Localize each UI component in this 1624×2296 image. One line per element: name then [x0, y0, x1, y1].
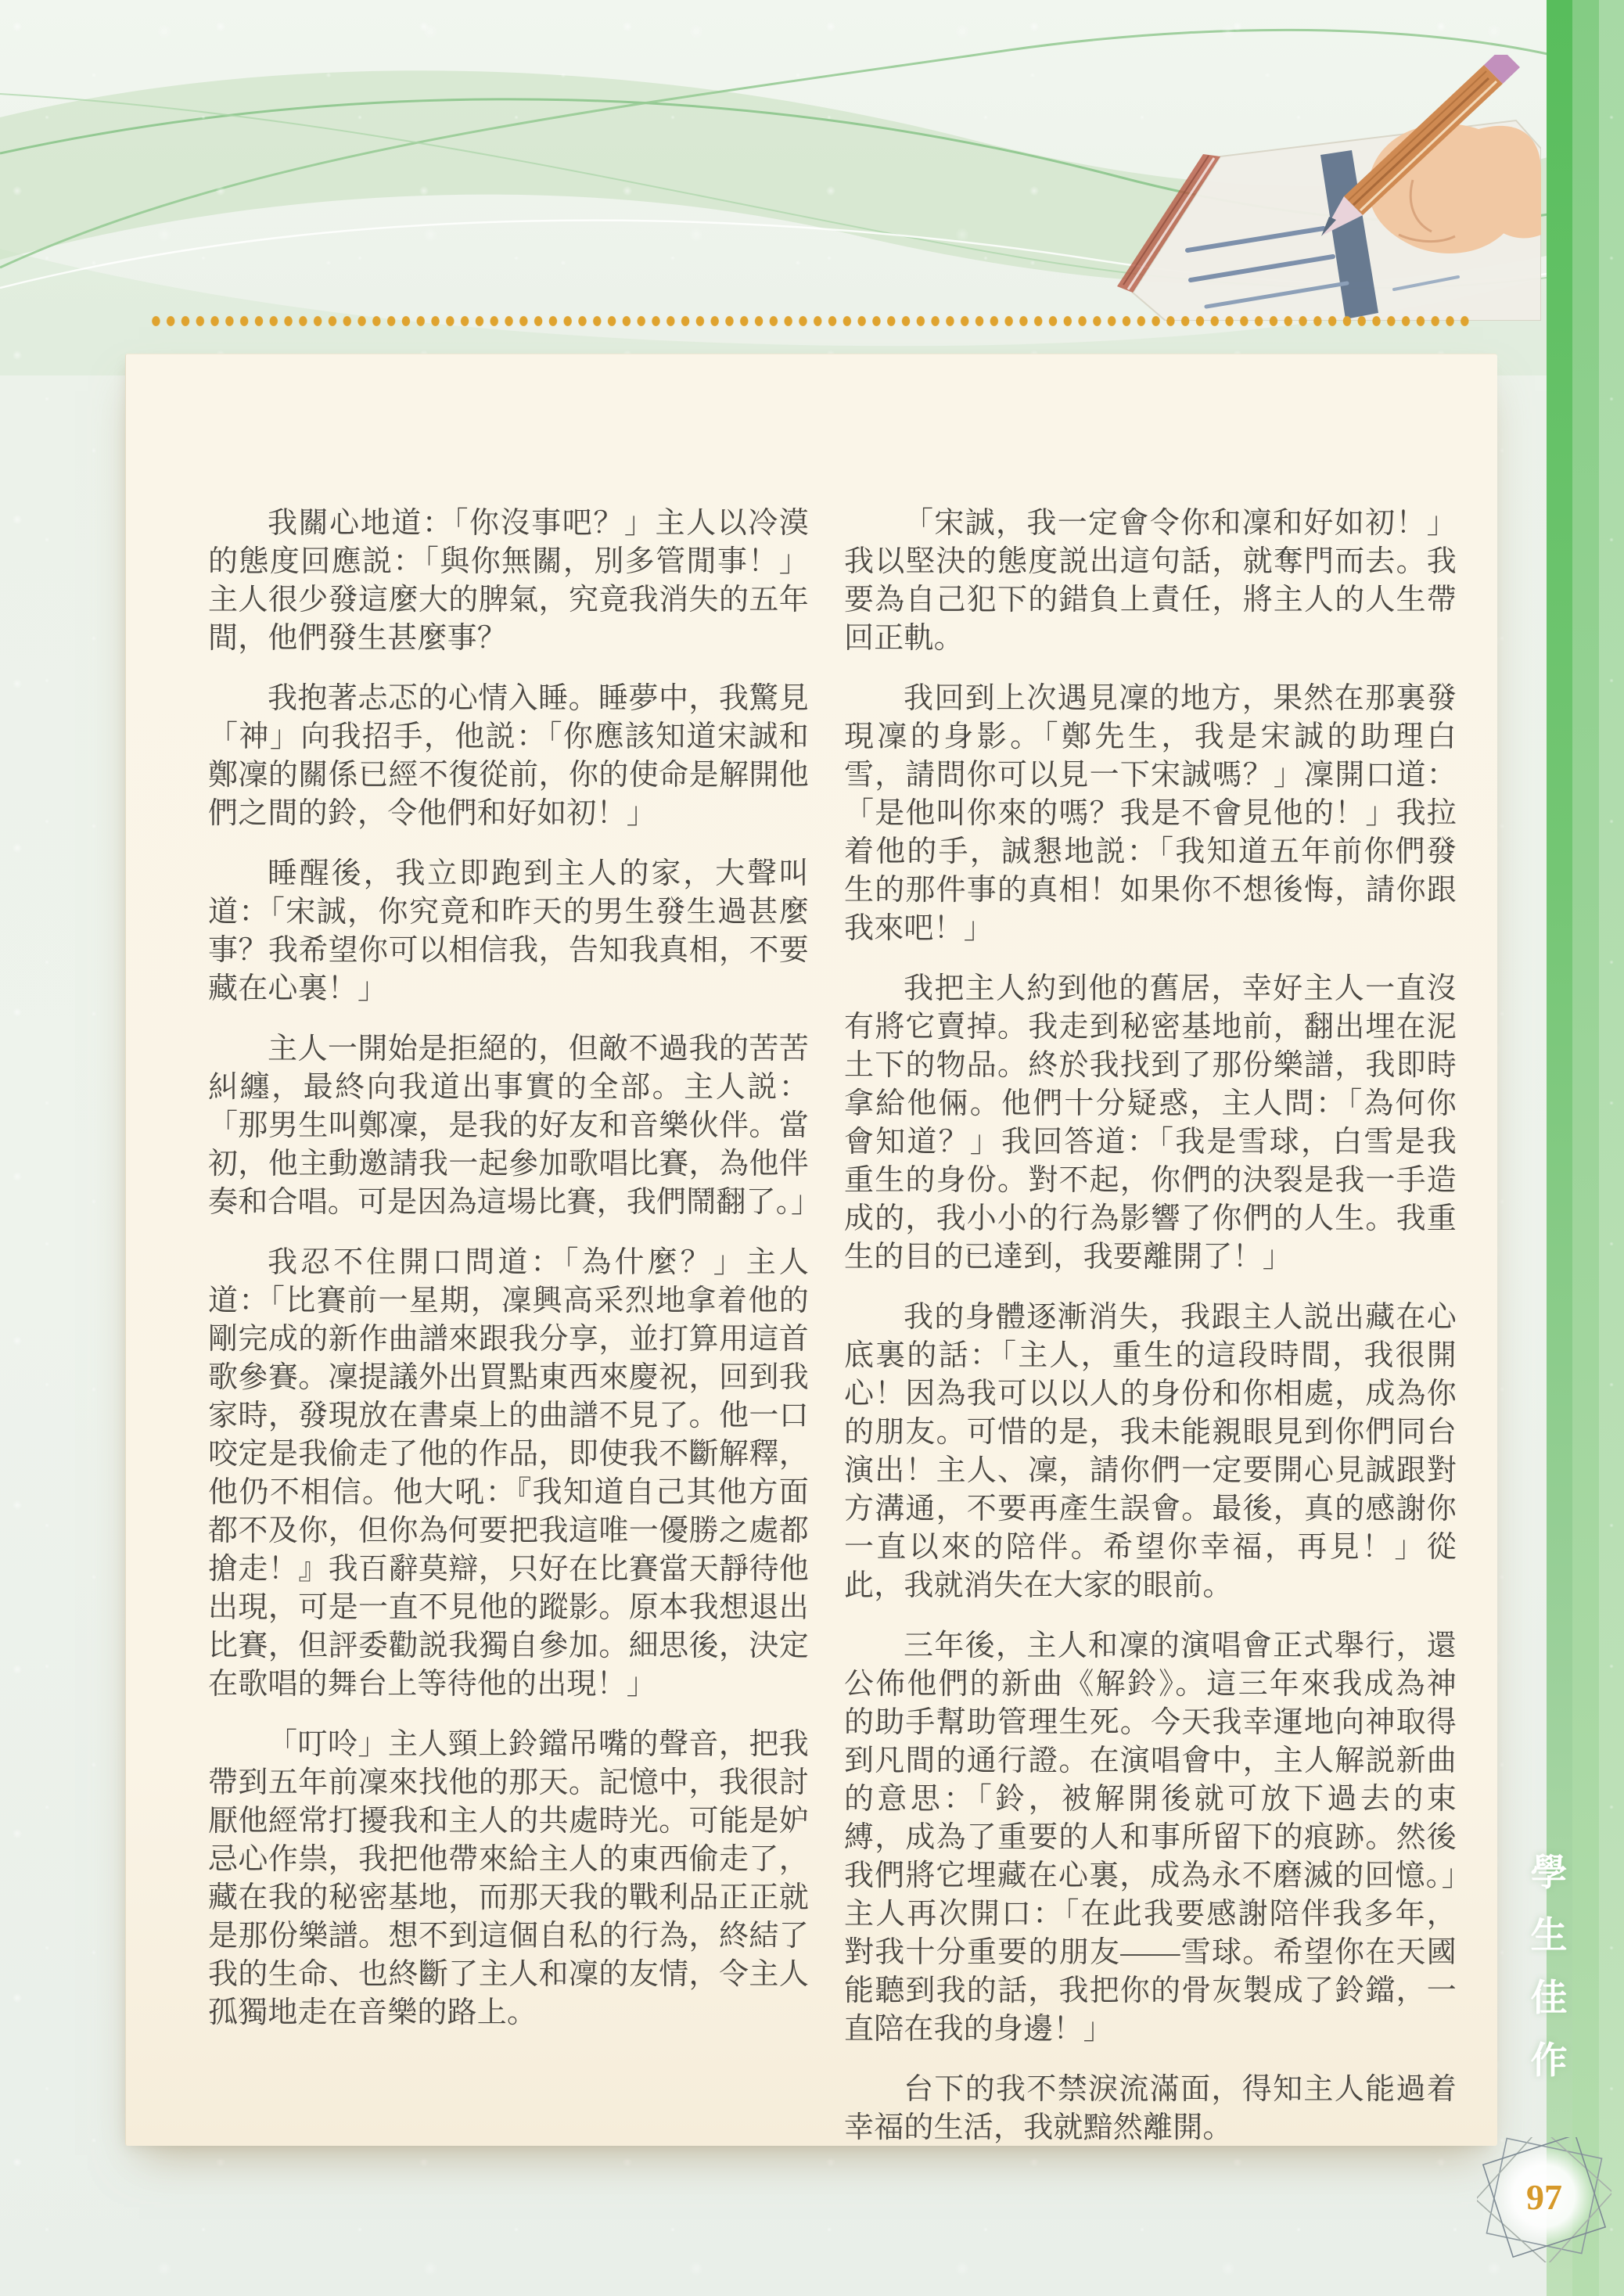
page-number-badge: 97: [1477, 2137, 1611, 2262]
paragraph: 我抱著忐忑的心情入睡。睡夢中，我驚見「神」向我招手，他説：「你應該知道宋誠和鄭凜…: [208, 680, 809, 833]
paragraph: 我的身體逐漸消失，我跟主人説出藏在心底裏的話：「主人，重生的這段時間，我很開心！…: [844, 1299, 1457, 1605]
paragraph: 主人一開始是拒絕的，但敵不過我的苦苦糾纏，最終向我道出事實的全部。主人説：「那男…: [208, 1030, 809, 1222]
paragraph: 我回到上次遇見凜的地方，果然在那裏發現凜的身影。「鄭先生，我是宋誠的助理白雪，請…: [844, 680, 1457, 948]
dotted-separator: [149, 315, 1472, 327]
paragraph: 台下的我不禁淚流滿面，得知主人能過着幸福的生活，我就黯然離開。: [844, 2071, 1457, 2147]
section-title-char: 生: [1527, 1913, 1571, 1976]
article-column-left: 我關心地道：「你沒事吧？」主人以冷漠的態度回應説：「與你無關，別多管閒事！」主人…: [208, 505, 809, 2032]
section-title-char: 佳: [1527, 1976, 1571, 2039]
hand-writing-illustration: [1087, 55, 1541, 321]
sidebar-strip-light: [1599, 0, 1624, 2296]
paragraph: 我把主人約到他的舊居，幸好主人一直沒有將它賣掉。我走到秘密基地前，翻出埋在泥土下…: [844, 970, 1457, 1277]
sidebar-strip-medium: [1572, 0, 1599, 2296]
paragraph: 「宋誠，我一定會令你和凜和好如初！」我以堅決的態度説出這句話，就奪門而去。我要為…: [844, 505, 1457, 658]
paragraph: 我忍不住開口問道：「為什麼？」主人道：「比賽前一星期，凜興高采烈地拿着他的剛完成…: [208, 1244, 809, 1704]
paragraph: 我關心地道：「你沒事吧？」主人以冷漠的態度回應説：「與你無關，別多管閒事！」主人…: [208, 505, 809, 658]
section-title-char: 作: [1527, 2039, 1571, 2101]
section-title-vertical: 學 生 佳 作: [1527, 1851, 1571, 2101]
article-paper: 我關心地道：「你沒事吧？」主人以冷漠的態度回應説：「與你無關，別多管閒事！」主人…: [125, 354, 1497, 2146]
paragraph: 三年後，主人和凜的演唱會正式舉行，還公佈他們的新曲《解鈴》。這三年來我成為神的助…: [844, 1627, 1457, 2049]
magazine-page: 學 生 佳 作 97 我關心地道：「你沒事吧？」主人以冷漠的態度回應説：「與你無…: [0, 0, 1624, 2296]
page-number: 97: [1526, 2177, 1562, 2217]
paragraph: 睡醒後，我立即跑到主人的家，大聲叫道：「宋誠，你究竟和昨天的男生發生過甚麼事？我…: [208, 855, 809, 1008]
section-title-char: 學: [1527, 1851, 1571, 1913]
paragraph: 「叮呤」主人頸上鈴鐺吊嘴的聲音，把我帶到五年前凜來找他的那天。記憶中，我很討厭他…: [208, 1726, 809, 2032]
article-column-right: 「宋誠，我一定會令你和凜和好如初！」我以堅決的態度説出這句話，就奪門而去。我要為…: [844, 505, 1457, 2147]
